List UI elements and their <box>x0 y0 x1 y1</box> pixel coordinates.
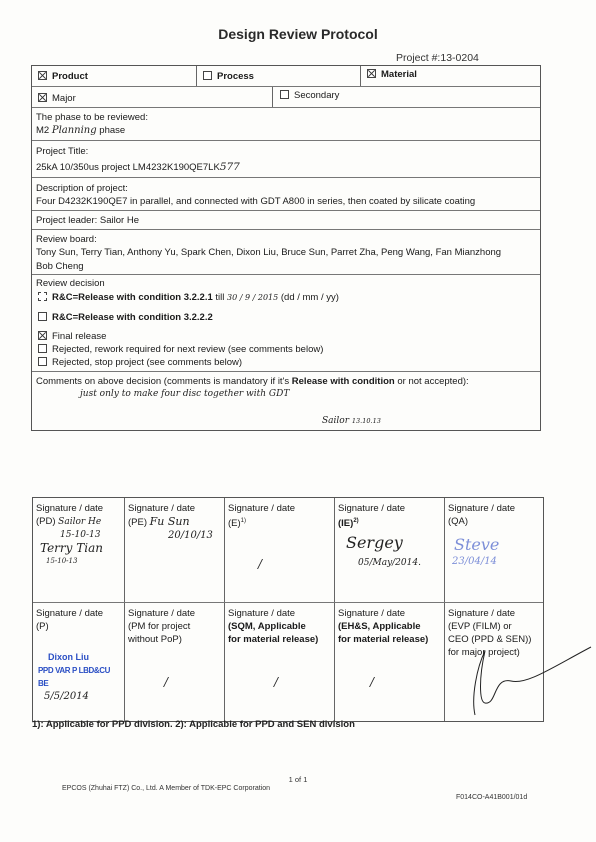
type-product[interactable]: Product <box>38 71 88 82</box>
rejected-stop-checkbox[interactable] <box>38 357 47 366</box>
comments-section: Comments on above decision (comments is … <box>32 372 540 430</box>
rc-3221-date: 30 / 9 / 2015 <box>227 293 278 302</box>
signature-stroke-icon <box>463 647 596 717</box>
project-title-label: Project Title: <box>36 146 88 157</box>
signature-evp-ceo[interactable]: Signature / date (EVP (FILM) or CEO (PPD… <box>444 603 543 721</box>
review-board-members: Tony Sun, Terry Tian, Anthony Yu, Spark … <box>36 247 501 258</box>
project-number: Project #:13-0204 <box>396 52 479 64</box>
scope-secondary[interactable]: Secondary <box>280 90 339 101</box>
decision-option-rejected-rework[interactable]: Rejected, rework required for next revie… <box>38 344 323 355</box>
review-scope-row: Major Secondary <box>32 87 540 108</box>
rc-3221-checkbox[interactable] <box>38 292 47 301</box>
signature-table: Signature / date (PD) Sailor He 15-10-13… <box>32 497 544 722</box>
signature-sqm[interactable]: Signature / date (SQM, Applicable for ma… <box>224 603 334 721</box>
product-checkbox[interactable] <box>38 71 47 80</box>
signature-ie[interactable]: Signature / date (IE)2) Sergey 05/May/20… <box>334 498 444 602</box>
project-leader-section: Project leader: Sailor He <box>32 211 540 230</box>
signature-e[interactable]: Signature / date (E)1) / <box>224 498 334 602</box>
project-leader: Project leader: Sailor He <box>36 215 139 226</box>
review-form-table: Product Process Material Major Secondary… <box>31 65 541 431</box>
decision-option-rejected-stop[interactable]: Rejected, stop project (see comments bel… <box>38 357 242 368</box>
project-title-value: 25kA 10/350us project LM4232K190QE7LK577 <box>36 161 240 173</box>
company-footer: EPCOS (Zhuhai FTZ) Co., Ltd. A Member of… <box>62 785 270 792</box>
phase-label: The phase to be reviewed: <box>36 112 148 123</box>
document-title: Design Review Protocol <box>0 26 596 42</box>
decision-option-rc-3222[interactable]: R&C=Release with condition 3.2.2.2 <box>38 312 213 323</box>
decision-option-final-release[interactable]: Final release <box>38 331 106 342</box>
scope-major[interactable]: Major <box>38 93 76 104</box>
project-title-handwritten: 577 <box>220 161 240 173</box>
review-decision-section: Review decision R&C=Release with conditi… <box>32 275 540 372</box>
type-process[interactable]: Process <box>203 71 254 82</box>
review-board-label: Review board: <box>36 234 97 245</box>
description-value: Four D4232K190QE7 in parallel, and conne… <box>36 196 475 207</box>
final-release-checkbox[interactable] <box>38 331 47 340</box>
signature-qa[interactable]: Signature / date (QA) Steve 23/04/14 <box>444 498 543 602</box>
rc-3222-checkbox[interactable] <box>38 312 47 321</box>
material-checkbox[interactable] <box>367 69 376 78</box>
signature-ehs[interactable]: Signature / date (EH&S, Applicable for m… <box>334 603 444 721</box>
comments-handwritten: just only to make four disc together wit… <box>80 389 289 399</box>
decision-option-rc-3221[interactable]: R&C=Release with condition 3.2.2.1 till … <box>38 292 339 303</box>
review-decision-label: Review decision <box>36 278 105 289</box>
review-type-row: Product Process Material <box>32 66 540 87</box>
review-board-members-2: Bob Cheng <box>36 261 84 272</box>
major-checkbox[interactable] <box>38 93 47 102</box>
comments-signature: Sailor 13.10.13 <box>322 416 381 426</box>
phase-value: M2 Planning phase <box>36 125 125 136</box>
comments-label: Comments on above decision (comments is … <box>36 376 469 387</box>
approval-stamp-name: Dixon Liu <box>36 633 121 664</box>
signature-row-1: Signature / date (PD) Sailor He 15-10-13… <box>33 498 543 603</box>
signature-row-2: Signature / date (P) Dixon Liu PPD VAR P… <box>33 603 543 721</box>
approval-stamp-dept: PPD VAR P LBD&CU BE <box>36 664 121 690</box>
phase-handwritten: Planning <box>52 125 97 136</box>
project-title-section: Project Title: 25kA 10/350us project LM4… <box>32 141 540 178</box>
secondary-checkbox[interactable] <box>280 90 289 99</box>
signature-pm[interactable]: Signature / date (PM for project without… <box>124 603 224 721</box>
type-material[interactable]: Material <box>367 69 417 80</box>
phase-section: The phase to be reviewed: M2 Planning ph… <box>32 108 540 141</box>
signature-pd[interactable]: Signature / date (PD) Sailor He 15-10-13… <box>33 498 124 602</box>
page-number: 1 of 1 <box>0 775 596 784</box>
rejected-rework-checkbox[interactable] <box>38 344 47 353</box>
signature-pe[interactable]: Signature / date (PE) Fu Sun 20/10/13 <box>124 498 224 602</box>
description-label: Description of project: <box>36 183 128 194</box>
form-code: F014CO-A41B001/01d <box>456 794 527 801</box>
process-checkbox[interactable] <box>203 71 212 80</box>
review-board-section: Review board: Tony Sun, Terry Tian, Anth… <box>32 230 540 275</box>
footnote: 1): Applicable for PPD division. 2): App… <box>32 719 355 730</box>
signature-p[interactable]: Signature / date (P) Dixon Liu PPD VAR P… <box>33 603 124 721</box>
description-section: Description of project: Four D4232K190QE… <box>32 178 540 211</box>
